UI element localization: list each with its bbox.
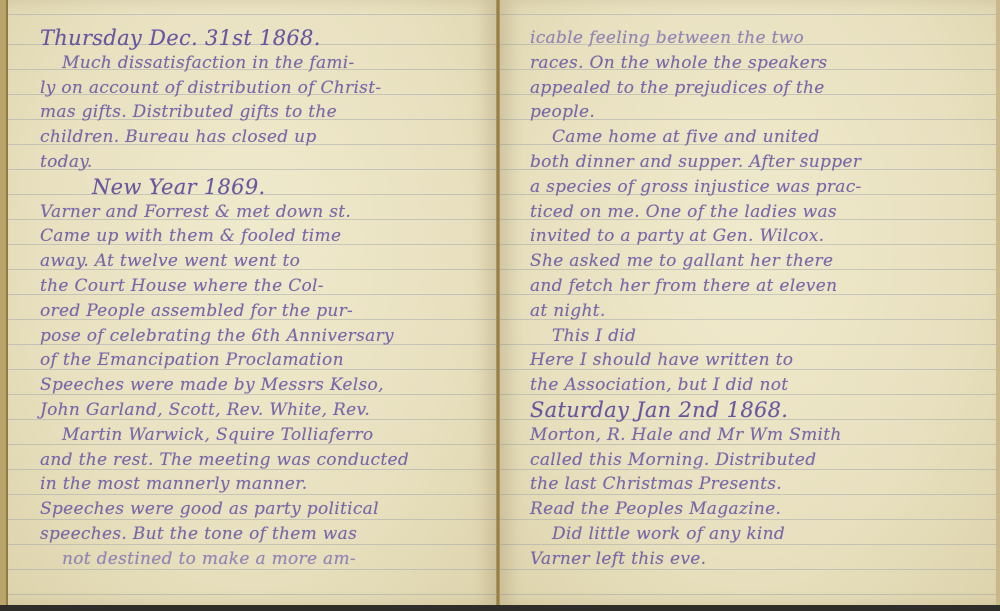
- text-line: ored People assembled for the pur-: [40, 299, 478, 324]
- text-line: ticed on me. One of the ladies was: [530, 200, 978, 225]
- text-line: the last Christmas Presents.: [530, 472, 978, 497]
- text-line: She asked me to gallant her there: [530, 249, 978, 274]
- text-line: the Association, but I did not: [530, 373, 978, 398]
- text-line: ly on account of distribution of Christ-: [40, 76, 478, 101]
- text-line: children. Bureau has closed up: [40, 125, 478, 150]
- text-line: Here I should have written to: [530, 348, 978, 373]
- text-line: appealed to the prejudices of the: [530, 76, 978, 101]
- text-line: Varner left this eve.: [530, 547, 978, 572]
- text-line: icable feeling between the two: [530, 26, 978, 51]
- text-line: invited to a party at Gen. Wilcox.: [530, 224, 978, 249]
- diary-spread: Thursday Dec. 31st 1868. Much dissatisfa…: [0, 0, 1000, 611]
- text-line: and the rest. The meeting was conducted: [40, 448, 478, 473]
- text-line: speeches. But the tone of them was: [40, 522, 478, 547]
- text-line: today.: [40, 150, 478, 175]
- text-line: and fetch her from there at eleven: [530, 274, 978, 299]
- text-line: a species of gross injustice was prac-: [530, 175, 978, 200]
- text-line: Came up with them & fooled time: [40, 224, 478, 249]
- right-page: icable feeling between the two races. On…: [500, 0, 1000, 605]
- text-line: called this Morning. Distributed: [530, 448, 978, 473]
- text-line: races. On the whole the speakers: [530, 51, 978, 76]
- text-line: not destined to make a more am-: [40, 547, 478, 572]
- text-line: mas gifts. Distributed gifts to the: [40, 100, 478, 125]
- text-line: Much dissatisfaction in the fami-: [40, 51, 478, 76]
- text-line: Martin Warwick, Squire Tolliaferro: [40, 423, 478, 448]
- text-line: This I did: [530, 324, 978, 349]
- text-line: Did little work of any kind: [530, 522, 978, 547]
- entry-date-heading: Saturday Jan 2nd 1868.: [530, 398, 978, 423]
- text-line: Morton, R. Hale and Mr Wm Smith: [530, 423, 978, 448]
- text-line: people.: [530, 100, 978, 125]
- book-bottom-edge: [0, 605, 1000, 611]
- text-line: Speeches were made by Messrs Kelso,: [40, 373, 478, 398]
- text-line: John Garland, Scott, Rev. White, Rev.: [40, 398, 478, 423]
- text-line: pose of celebrating the 6th Anniversary: [40, 324, 478, 349]
- text-line: of the Emancipation Proclamation: [40, 348, 478, 373]
- text-line: at night.: [530, 299, 978, 324]
- entry-date-heading: Thursday Dec. 31st 1868.: [40, 26, 478, 51]
- text-line: away. At twelve went went to: [40, 249, 478, 274]
- text-line: Varner and Forrest & met down st.: [40, 200, 478, 225]
- text-line: Came home at five and united: [530, 125, 978, 150]
- right-page-text: icable feeling between the two races. On…: [530, 26, 978, 572]
- entry-date-heading: New Year 1869.: [40, 175, 478, 200]
- text-line: in the most mannerly manner.: [40, 472, 478, 497]
- text-line: the Court House where the Col-: [40, 274, 478, 299]
- left-page: Thursday Dec. 31st 1868. Much dissatisfa…: [0, 0, 496, 605]
- left-page-text: Thursday Dec. 31st 1868. Much dissatisfa…: [40, 26, 478, 572]
- text-line: both dinner and supper. After supper: [530, 150, 978, 175]
- text-line: Read the Peoples Magazine.: [530, 497, 978, 522]
- text-line: Speeches were good as party political: [40, 497, 478, 522]
